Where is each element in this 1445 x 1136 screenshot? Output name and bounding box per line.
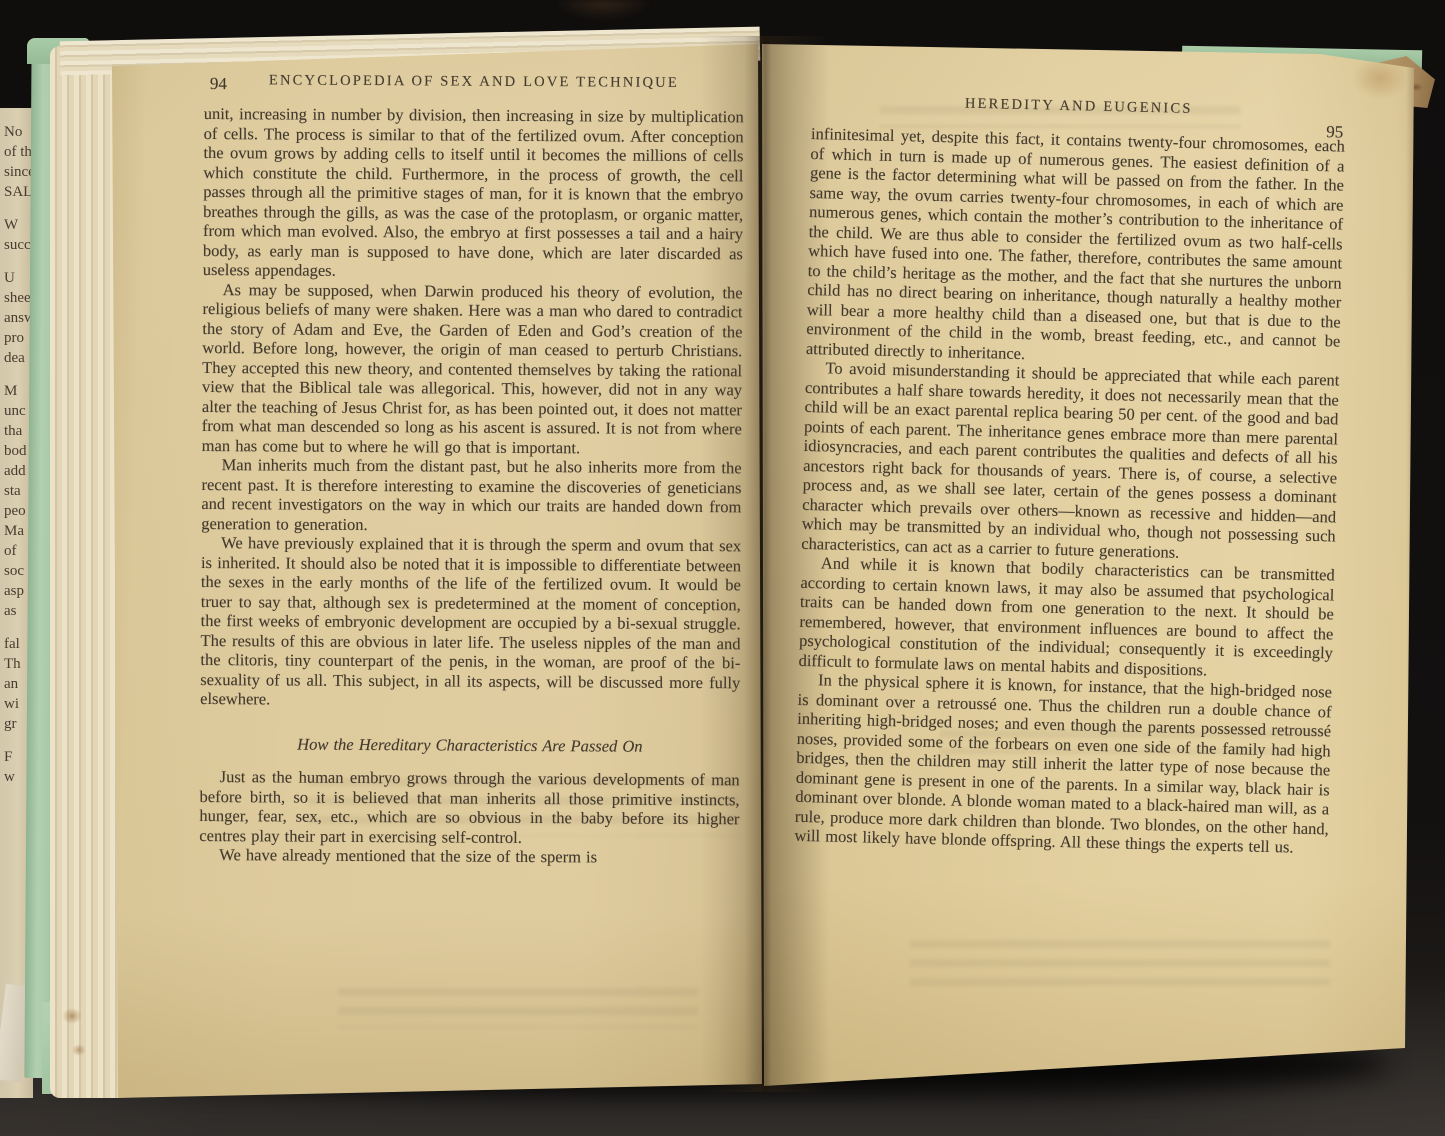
left-page-content: 94 ENCYCLOPEDIA OF SEX AND LOVE TECHNIQU…: [199, 72, 744, 868]
paragraph: We have previously explained that it is …: [200, 533, 741, 712]
page-number-left: 94: [210, 74, 227, 94]
left-page-body: unit, increasing in number by division, …: [199, 104, 744, 868]
paragraph: unit, increasing in number by division, …: [203, 104, 744, 283]
left-page: 94 ENCYCLOPEDIA OF SEX AND LOVE TECHNIQU…: [108, 36, 764, 1104]
flap-line-fragment: U: [4, 268, 33, 288]
flap-line-fragment: succ: [4, 235, 33, 255]
section-heading: How the Hereditary Characteristics Are P…: [200, 733, 740, 756]
paragraph: We have already mentioned that the size …: [199, 845, 739, 868]
paragraph: Just as the human embryo grows through t…: [199, 767, 739, 848]
paragraph: As may be supposed, when Darwin produced…: [202, 279, 743, 458]
show-through-text: [910, 940, 1330, 986]
paragraph: And while it is known that bodily charac…: [798, 553, 1335, 683]
flap-line-fragment: of th: [4, 142, 33, 162]
paragraph: To avoid misunderstanding it should be a…: [801, 358, 1339, 566]
flap-line-fragment: No: [4, 122, 33, 142]
right-page-content: HEREDITY AND EUGENICS 95 infinitesimal y…: [794, 92, 1346, 858]
running-header-right: HEREDITY AND EUGENICS: [812, 92, 1346, 122]
flap-line-fragment: SAL: [4, 182, 33, 202]
right-page-header-row: HEREDITY AND EUGENICS 95: [811, 92, 1345, 129]
background-smudge: [548, 0, 658, 30]
right-page-body: infinitesimal yet, despite this fact, it…: [794, 124, 1345, 858]
show-through-text: [338, 988, 698, 1028]
page-edge-stack-left: [50, 46, 118, 1098]
running-header-left: ENCYCLOPEDIA OF SEX AND LOVE TECHNIQUE: [204, 72, 744, 92]
flap-line-fragment: since: [4, 162, 33, 182]
paragraph: infinitesimal yet, despite this fact, it…: [806, 124, 1345, 371]
left-page-header-row: 94 ENCYCLOPEDIA OF SEX AND LOVE TECHNIQU…: [204, 72, 744, 99]
page-number-right: 95: [1326, 122, 1343, 142]
paragraph: In the physical sphere it is known, for …: [794, 670, 1332, 858]
paragraph: Man inherits much from the distant past,…: [201, 455, 741, 536]
book-photo-scene: Noof thsinceSALWsuccUsheeanswprodeaMunct…: [0, 0, 1445, 1136]
fore-edge-shading: [1406, 66, 1416, 1056]
flap-line-fragment: shee: [4, 288, 33, 308]
right-page: HEREDITY AND EUGENICS 95 infinitesimal y…: [760, 40, 1420, 1092]
flap-line-fragment: W: [4, 215, 33, 235]
